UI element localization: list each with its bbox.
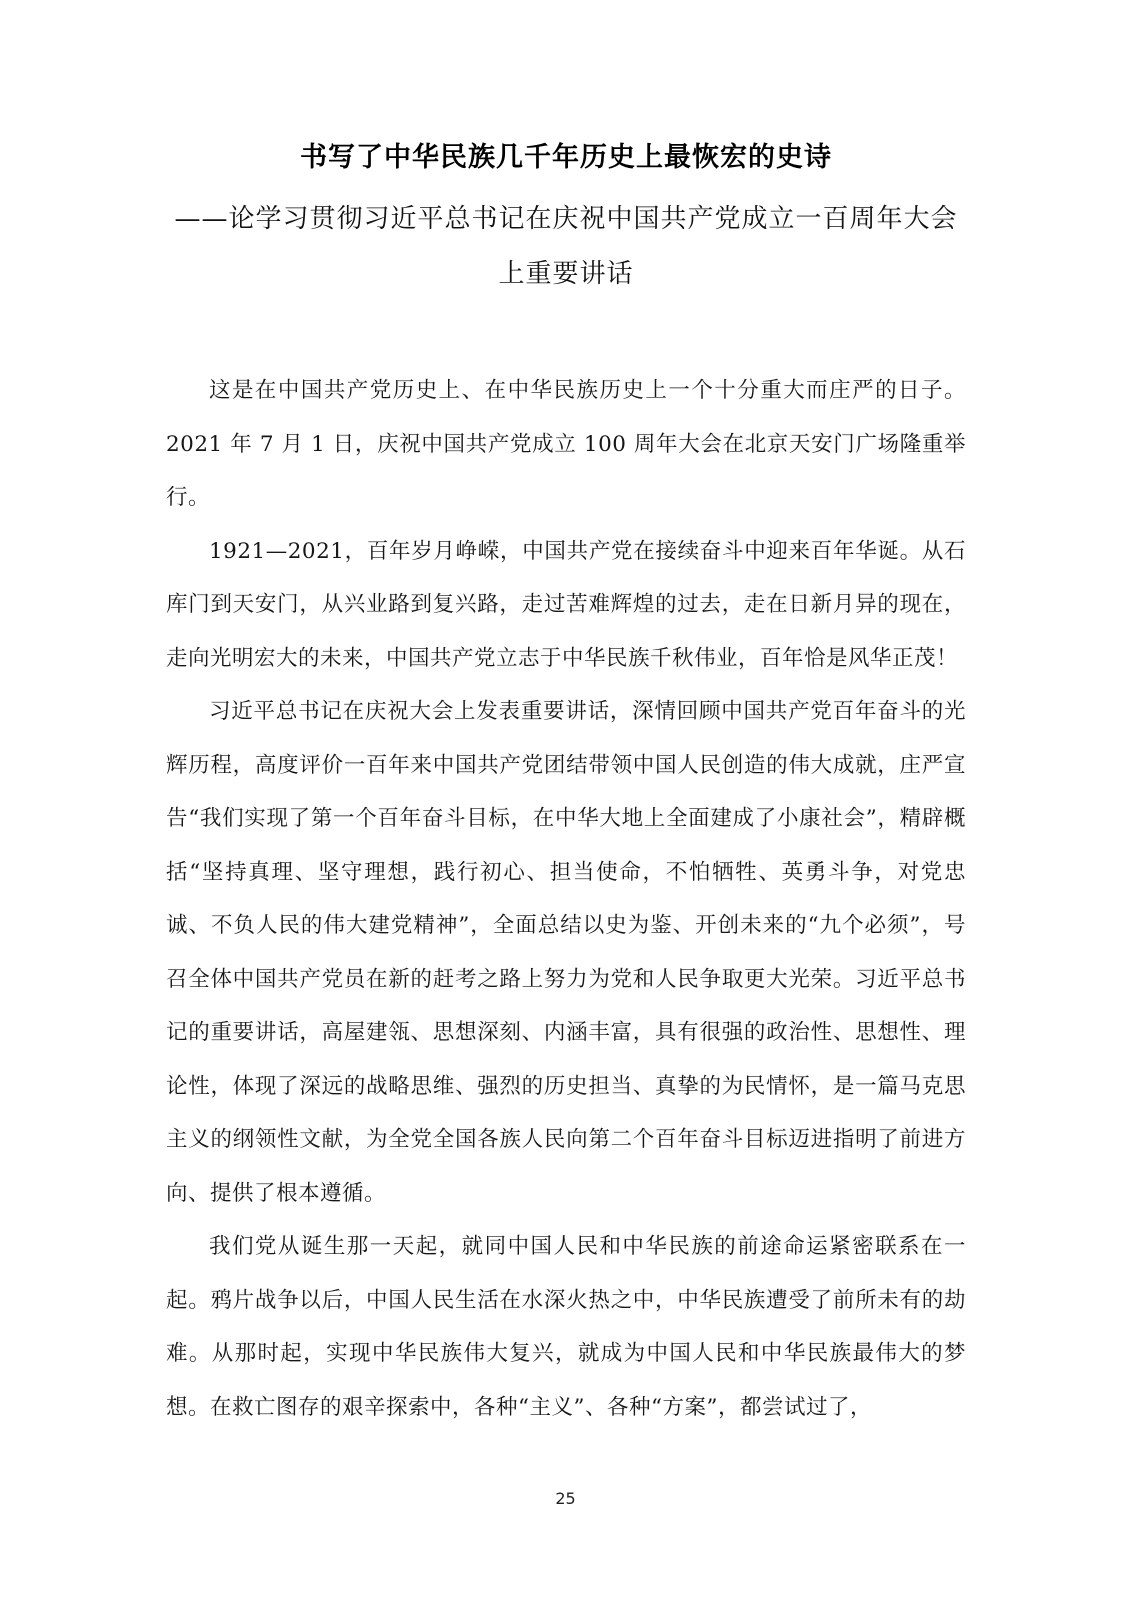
document-subtitle-line2: 上重要讲话: [166, 247, 966, 302]
document-title: 书写了中华民族几千年历史上最恢宏的史诗: [166, 136, 966, 180]
document-body: 这是在中国共产党历史上、在中华民族历史上一个十分重大而庄严的日子。2021 年 …: [166, 364, 966, 1434]
paragraph: 我们党从诞生那一天起，就同中国人民和中华民族的前途命运紧密联系在一起。鸦片战争以…: [166, 1220, 966, 1434]
paragraph: 习近平总书记在庆祝大会上发表重要讲话，深情回顾中国共产党百年奋斗的光辉历程，高度…: [166, 685, 966, 1220]
document-subtitle-line1: ——论学习贯彻习近平总书记在庆祝中国共产党成立一百周年大会: [166, 192, 966, 247]
paragraph: 1921—2021，百年岁月峥嵘，中国共产党在接续奋斗中迎来百年华诞。从石库门到…: [166, 525, 966, 686]
paragraph: 这是在中国共产党历史上、在中华民族历史上一个十分重大而庄严的日子。2021 年 …: [166, 364, 966, 525]
page-number: 25: [0, 1489, 1131, 1508]
document-content: 书写了中华民族几千年历史上最恢宏的史诗 ——论学习贯彻习近平总书记在庆祝中国共产…: [166, 136, 966, 1434]
document-page: 书写了中华民族几千年历史上最恢宏的史诗 ——论学习贯彻习近平总书记在庆祝中国共产…: [0, 0, 1131, 1600]
document-subtitle: ——论学习贯彻习近平总书记在庆祝中国共产党成立一百周年大会 上重要讲话: [166, 192, 966, 302]
